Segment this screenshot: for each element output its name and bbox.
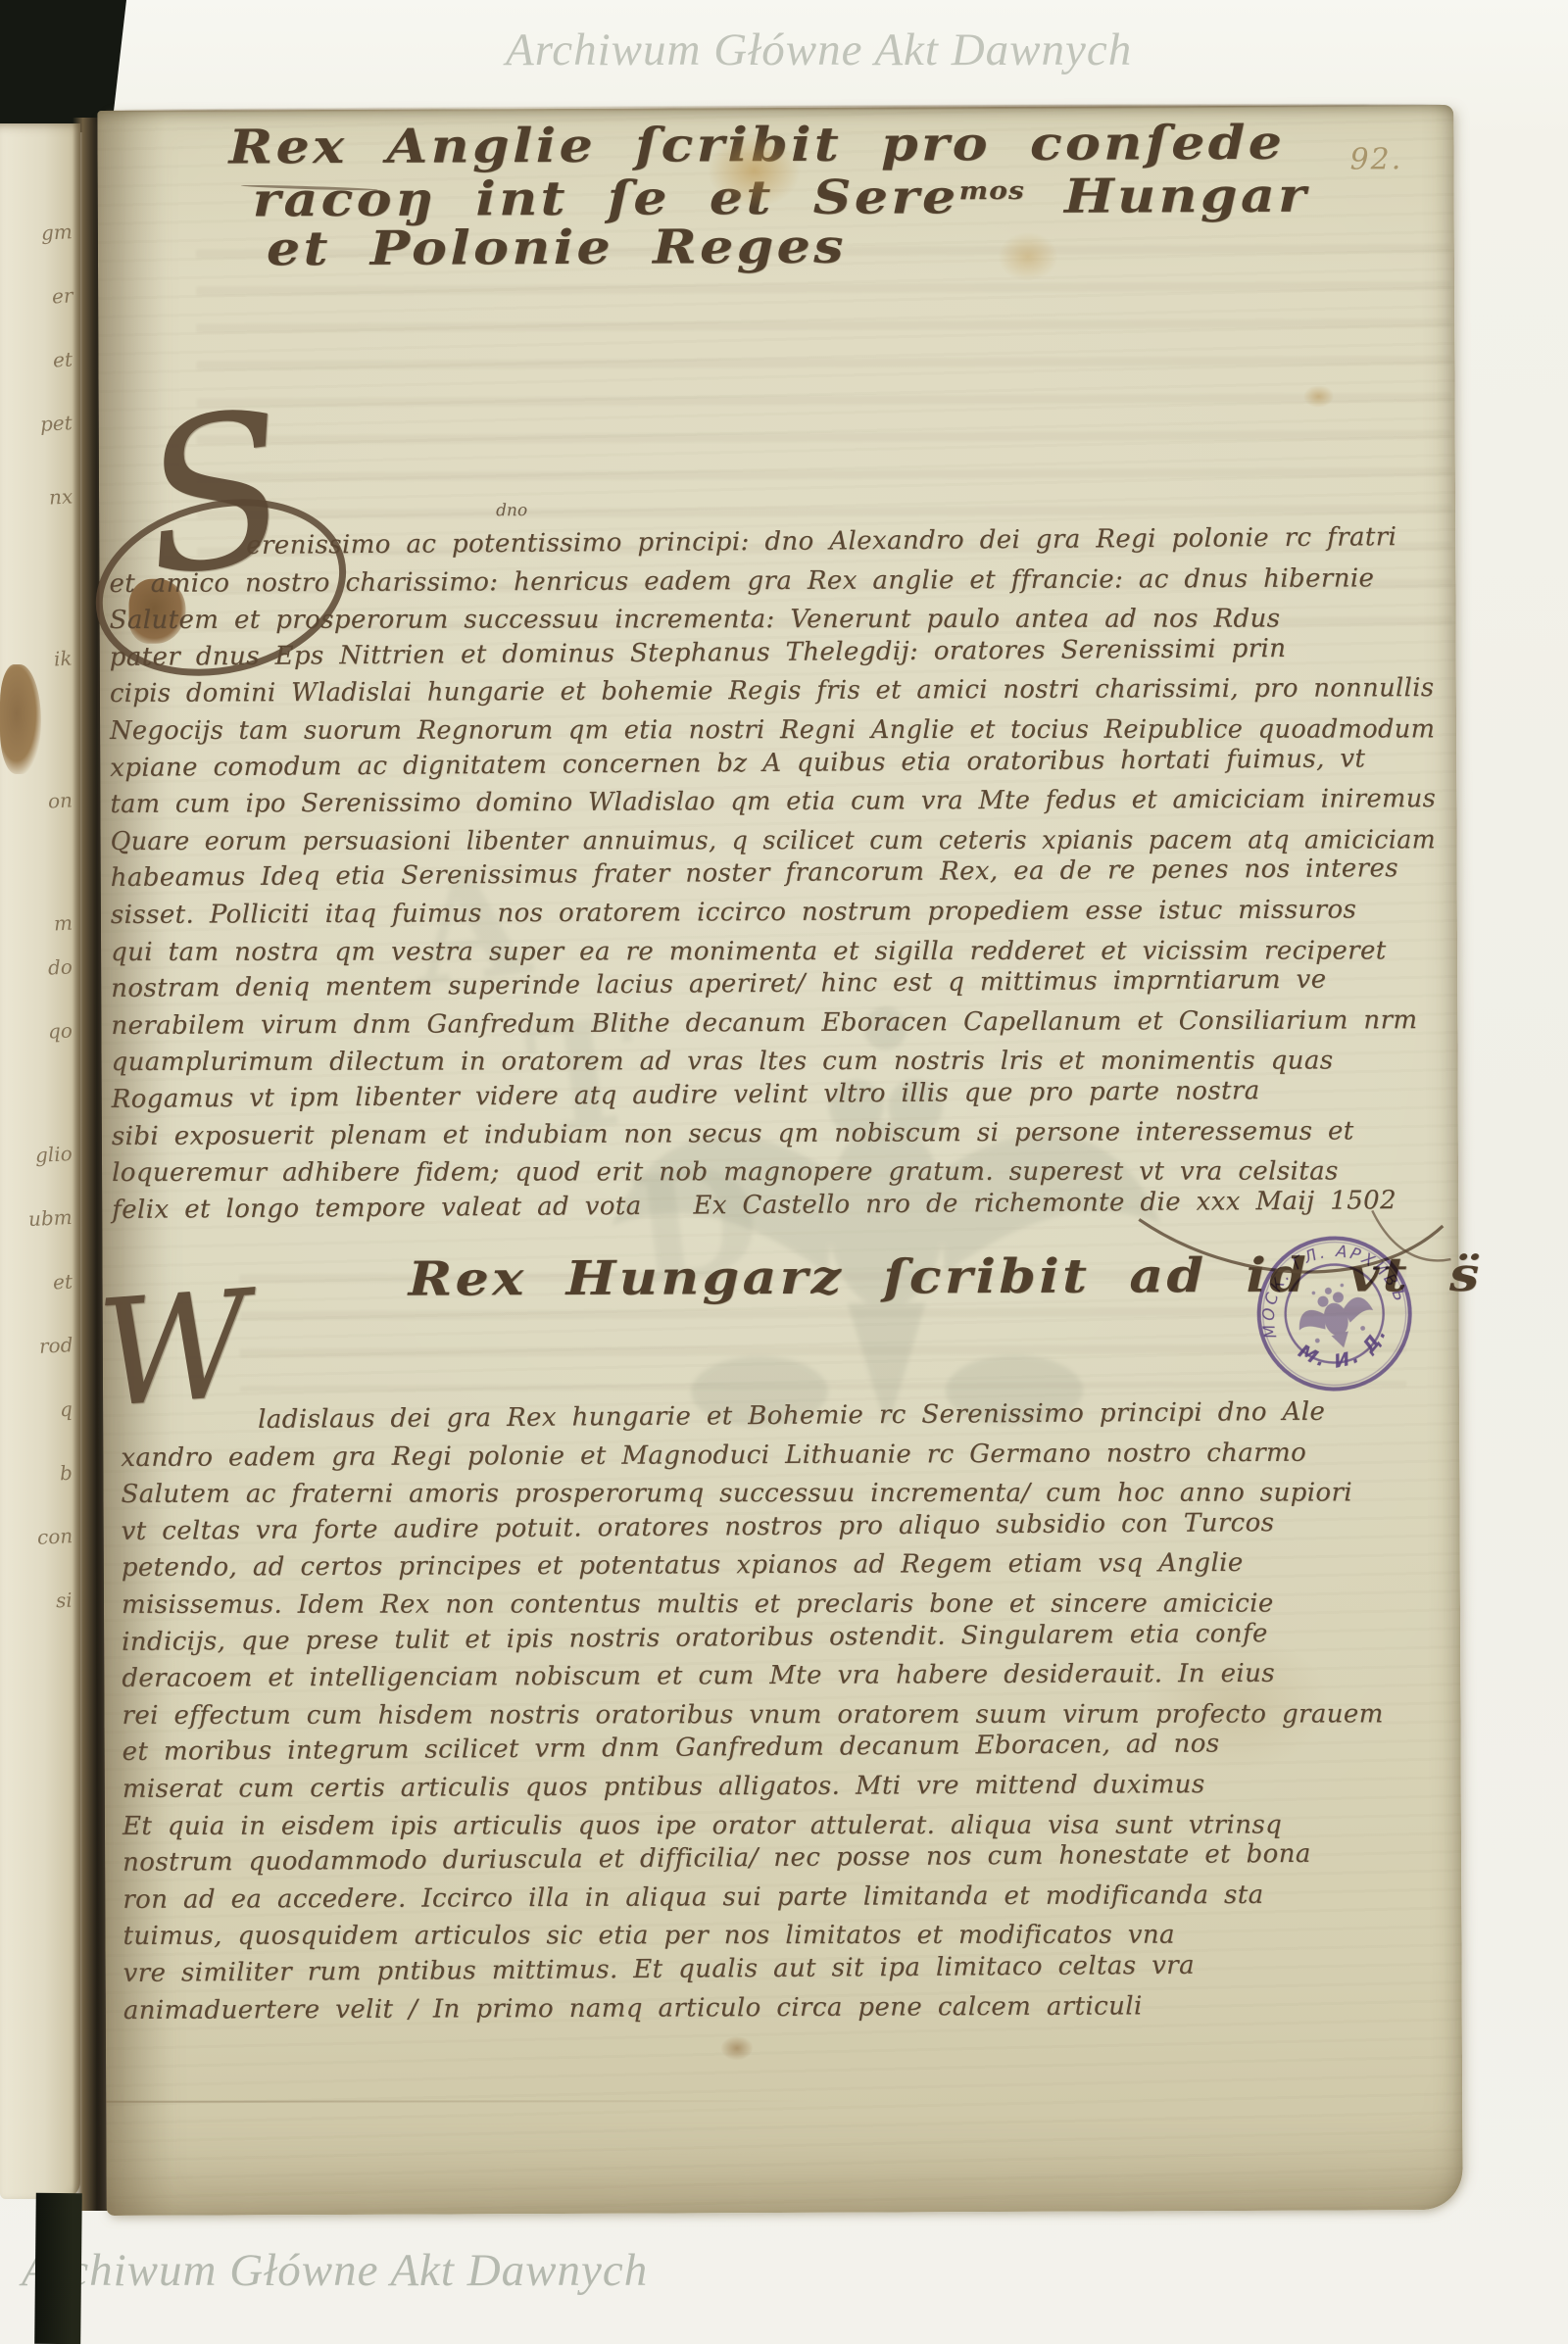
- text-fragment: glio: [35, 1142, 73, 1167]
- letter-wladislaus-body: ladislaus dei gra Rex hungarie et Bohemi…: [121, 1400, 1441, 2032]
- text-fragment: ik: [54, 647, 73, 671]
- text-fragment: pet: [40, 411, 73, 436]
- manuscript-line: et amico nostro charissimo: henricus ead…: [109, 563, 1434, 606]
- photo-stage: Archiwum Główne Akt Dawnych Archiwum Głó…: [0, 0, 1568, 2344]
- superscript-abbrev: mos: [958, 176, 1024, 205]
- folio-number: 92.: [1349, 142, 1402, 176]
- manuscript-line: cipis domini Wladislai hungarie et bohem…: [110, 674, 1420, 716]
- manuscript-line: petendo, ad certos principes et potentat…: [122, 1547, 1439, 1589]
- text-fragment: q: [60, 1397, 73, 1422]
- archive-watermark-bottom: Archiwum Główne Akt Dawnych: [22, 2244, 648, 2297]
- text-fragment: nx: [48, 484, 73, 509]
- text-fragment: b: [60, 1461, 73, 1486]
- wax-stain: [0, 664, 41, 774]
- letter-henry-vii-body: erenissimo ac potentissimo principi: dno…: [109, 526, 1437, 1232]
- manuscript-line: tam cum ipo Serenissimo domino Wladislao…: [110, 784, 1415, 826]
- page-crease: [106, 2100, 811, 2103]
- heading-text: racoŋ int ſe et Sere: [253, 170, 959, 227]
- manuscript-line: animaduertere velit / In primo namq arti…: [123, 1990, 1441, 2032]
- manuscript-line: ladislaus dei gra Rex hungarie et Bohemi…: [121, 1396, 1438, 1443]
- interlinear-insertion: dno: [496, 501, 527, 520]
- archive-watermark-top: Archiwum Główne Akt Dawnych: [506, 24, 1132, 76]
- text-fragment: et: [53, 347, 73, 371]
- text-fragment: m: [53, 911, 73, 936]
- text-fragment: er: [51, 283, 73, 308]
- ink-stain: [721, 2036, 753, 2060]
- manuscript-line: ron ad ea accedere. Iccirco illa in aliq…: [122, 1880, 1440, 1922]
- heading-rex-anglie-line3: et Polonie Reges: [267, 220, 847, 277]
- previous-page-edge: gmeretpetnxikonmdoqoglioubmetrodqbconsi: [0, 123, 80, 2199]
- text-fragment: ubm: [28, 1205, 73, 1231]
- manuscript-line: miserat cum certis articulis quos pntibu…: [122, 1769, 1440, 1811]
- heading-text: Hungar: [1064, 169, 1309, 224]
- manuscript-line: xandro eadem gra Regi polonie et Magnodu…: [121, 1438, 1438, 1480]
- text-fragment: on: [47, 788, 73, 812]
- manuscript-line: sibi exposuerit plenam et indubiam non s…: [112, 1116, 1437, 1158]
- text-fragment: si: [56, 1588, 73, 1613]
- manuscript-line: nerabilem virum dnm Ganfredum Blithe dec…: [111, 1005, 1436, 1048]
- binding-strip: [34, 2193, 82, 2344]
- text-fragment: et: [53, 1269, 73, 1294]
- manuscript-line: sisset. Polliciti itaq fuimus nos orator…: [111, 895, 1436, 937]
- text-fragment: rod: [38, 1333, 73, 1358]
- text-fragment: gm: [41, 220, 73, 245]
- text-fragment: con: [36, 1524, 73, 1549]
- manuscript-page: A T D 92. Rex Anglie ſcribit pro conſede…: [97, 105, 1462, 2216]
- text-fragment: do: [48, 954, 73, 979]
- manuscript-line: deracoem et intelligenciam nobiscum et c…: [122, 1658, 1439, 1700]
- text-fragment: qo: [48, 1018, 73, 1043]
